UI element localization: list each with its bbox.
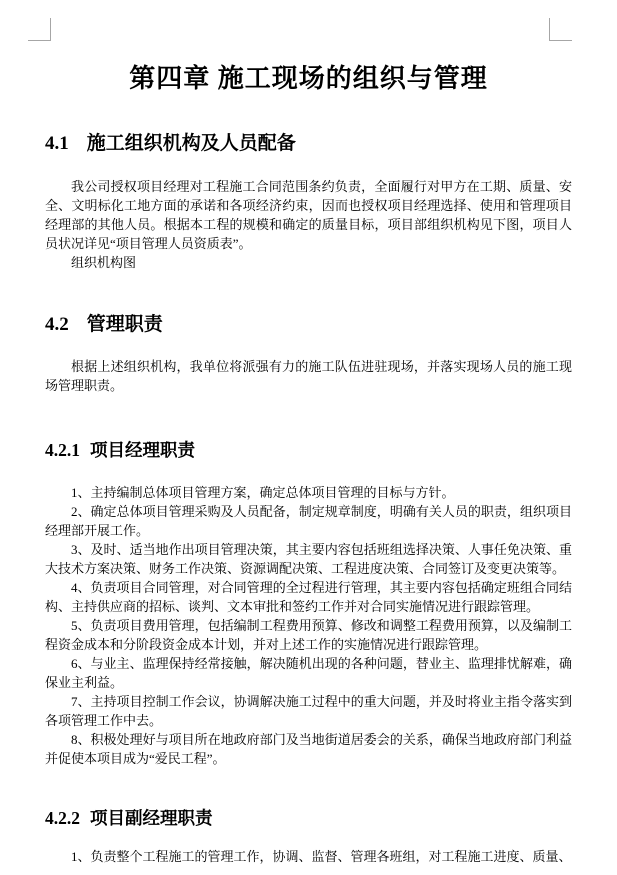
duty-list-4-2-1: 1、主持编制总体项目管理方案，确定总体项目管理的目标与方针。 2、确定总体项目管…	[45, 483, 572, 768]
section-title: 施工组织机构及人员配备	[87, 133, 296, 154]
subsection-heading-4-2-2: 4.2.2项目副经理职责	[45, 806, 572, 830]
section-4-1-paragraph: 我公司授权项目经理对工程施工合同范围条约负责，全面履行对甲方在工期、质量、安全、…	[45, 177, 572, 253]
page-content: 第四章 施工现场的组织与管理 4.1施工组织机构及人员配备 我公司授权项目经理对…	[45, 0, 572, 866]
subsection-number: 4.2.1	[45, 440, 80, 460]
section-number: 4.2	[45, 314, 69, 335]
duty-item: 7、主持项目控制工作会议，协调解决施工过程中的重大问题，并及时将业主指令落实到各…	[45, 692, 572, 730]
duty-item: 8、积极处理好与项目所在地政府部门及当地街道居委会的关系，确保当地政府部门利益并…	[45, 730, 572, 768]
duty-item: 2、确定总体项目管理采购及人员配备，制定规章制度，明确有关人员的职责，组织项目经…	[45, 502, 572, 540]
subsection-title: 项目副经理职责	[90, 808, 213, 828]
duty-item: 6、与业主、监理保持经常接触，解决随机出现的各种问题，替业主、监理排忧解难，确保…	[45, 654, 572, 692]
subsection-title: 项目经理职责	[90, 440, 195, 460]
duty-item: 1、主持编制总体项目管理方案，确定总体项目管理的目标与方针。	[45, 483, 572, 502]
section-heading-4-1: 4.1施工组织机构及人员配备	[45, 131, 572, 157]
duty-item: 3、及时、适当地作出项目管理决策，其主要内容包括班组选择决策、人事任免决策、重大…	[45, 540, 572, 578]
chapter-title: 第四章 施工现场的组织与管理	[45, 62, 572, 96]
section-number: 4.1	[45, 133, 69, 154]
subsection-heading-4-2-1: 4.2.1项目经理职责	[45, 438, 572, 462]
document-page: 第四章 施工现场的组织与管理 4.1施工组织机构及人员配备 我公司授权项目经理对…	[0, 0, 617, 875]
duty-item: 5、负责项目费用管理，包括编制工程费用预算、修改和调整工程费用预算，以及编制工程…	[45, 616, 572, 654]
subsection-number: 4.2.2	[45, 808, 80, 828]
section-4-2-paragraph: 根据上述组织机构，我单位将派强有力的施工队伍进驻现场，并落实现场人员的施工现场管…	[45, 357, 572, 395]
section-title: 管理职责	[87, 314, 163, 335]
duty-item: 1、负责整个工程施工的管理工作，协调、监督、管理各班组，对工程施工进度、质量、	[45, 847, 572, 866]
duty-item: 4、负责项目合同管理，对合同管理的全过程进行管理，其主要内容包括确定班组合同结构…	[45, 578, 572, 616]
section-heading-4-2: 4.2管理职责	[45, 312, 572, 338]
figure-caption: 组织机构图	[45, 253, 572, 272]
